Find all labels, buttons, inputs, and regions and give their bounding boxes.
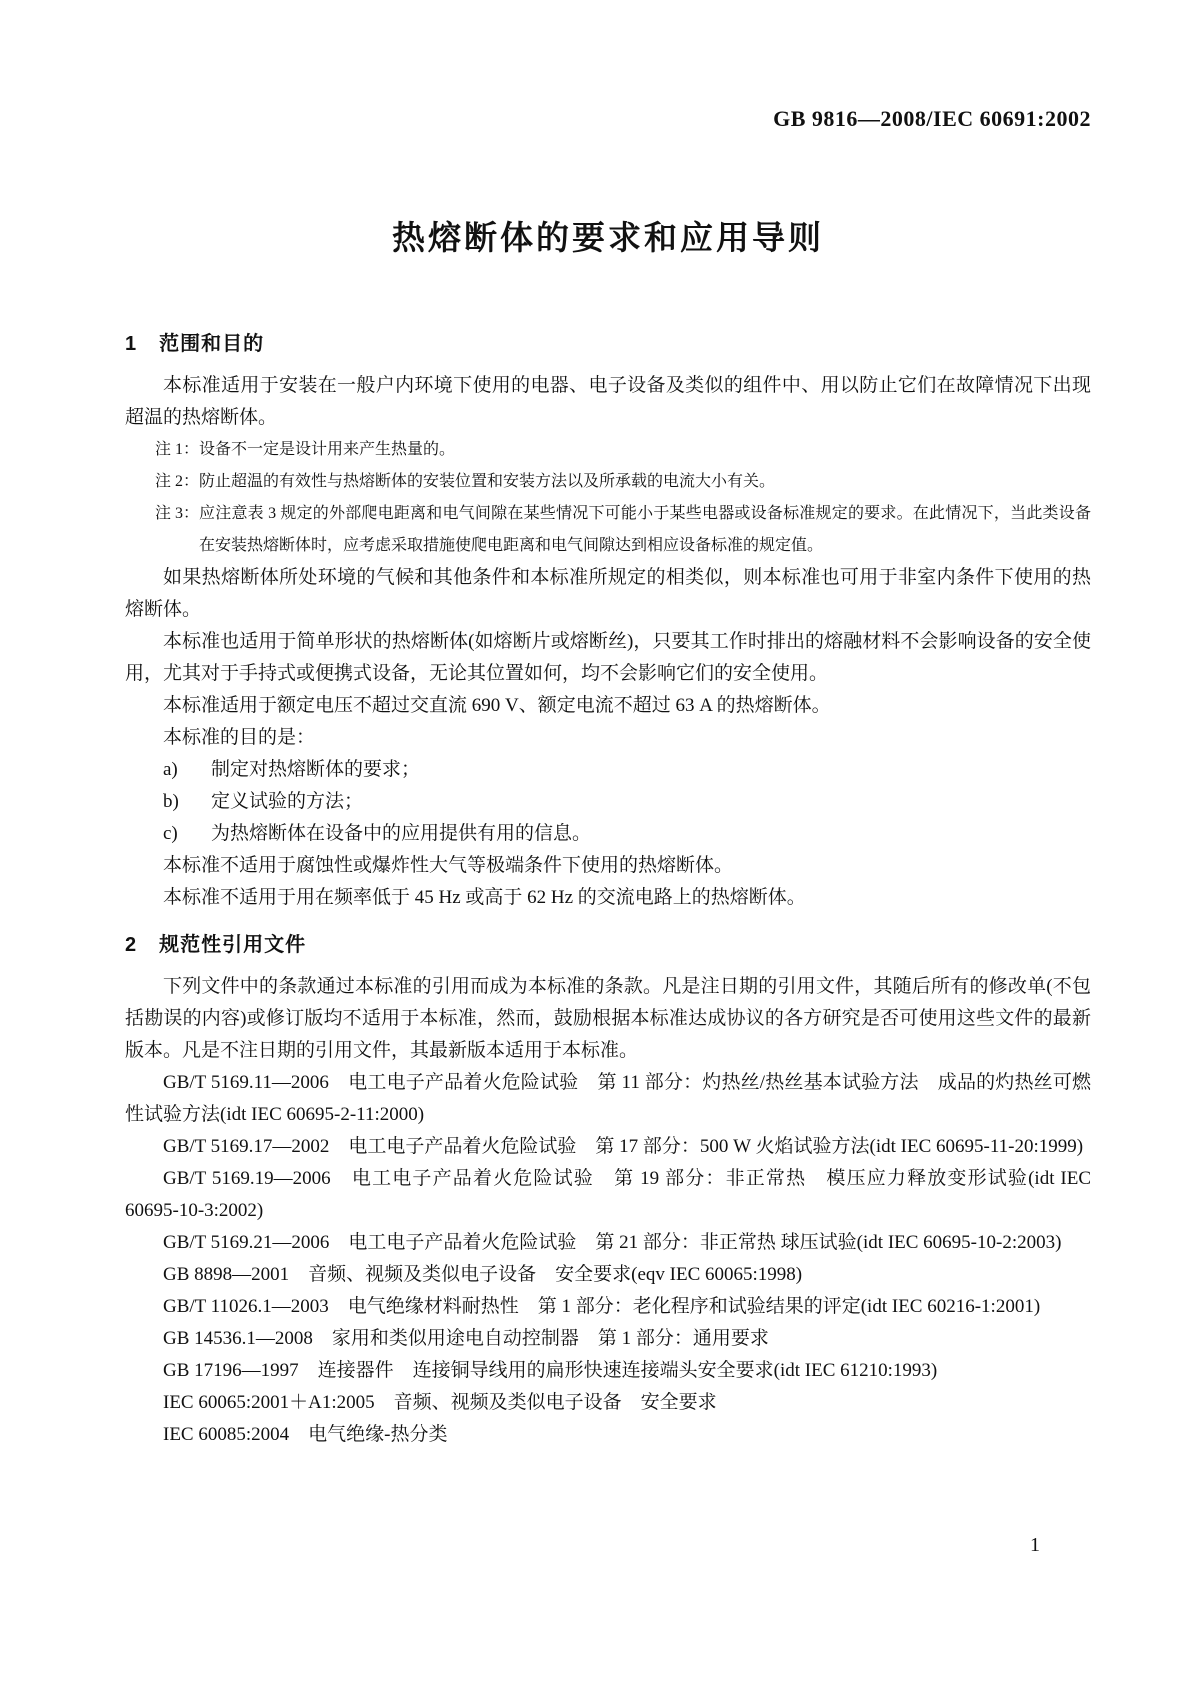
- note-3-label: 注 3：: [155, 498, 199, 562]
- purpose-item-a-label: a): [163, 754, 211, 786]
- purpose-item-a: a) 制定对热熔断体的要求；: [163, 754, 1091, 786]
- note-2-text: 防止超温的有效性与热熔断体的安装位置和安装方法以及所承载的电流大小有关。: [199, 466, 1091, 498]
- paragraph-rating: 本标准适用于额定电压不超过交直流 690 V、额定电流不超过 63 A 的热熔断…: [125, 690, 1091, 722]
- standard-document-page: GB 9816—2008/IEC 60691:2002 热熔断体的要求和应用导则…: [0, 0, 1191, 1684]
- section-2-body: 下列文件中的条款通过本标准的引用而成为本标准的条款。凡是注日期的引用文件，其随后…: [125, 971, 1091, 1451]
- note-3-text: 应注意表 3 规定的外部爬电距离和电气间隙在某些情况下可能小于某些电器或设备标准…: [199, 498, 1091, 562]
- reference-item: IEC 60085:2004 电气绝缘-热分类: [125, 1419, 1091, 1451]
- reference-item: GB/T 11026.1—2003 电气绝缘材料耐热性 第 1 部分：老化程序和…: [125, 1291, 1091, 1323]
- section-1-title: 范围和目的: [159, 327, 264, 356]
- purpose-item-c-label: c): [163, 818, 211, 850]
- reference-item: GB 8898—2001 音频、视频及类似电子设备 安全要求(eqv IEC 6…: [125, 1259, 1091, 1291]
- reference-item: GB 17196—1997 连接器件 连接铜导线用的扁形快速连接端头安全要求(i…: [125, 1355, 1091, 1387]
- note-1-label: 注 1：: [155, 434, 199, 466]
- reference-item: GB/T 5169.17—2002 电工电子产品着火危险试验 第 17 部分：5…: [125, 1131, 1091, 1163]
- purpose-item-b: b) 定义试验的方法；: [163, 786, 1091, 818]
- reference-item: GB/T 5169.21—2006 电工电子产品着火危险试验 第 21 部分：非…: [125, 1227, 1091, 1259]
- reference-item: GB/T 5169.11—2006 电工电子产品着火危险试验 第 11 部分：灼…: [125, 1067, 1091, 1131]
- document-title: 热熔断体的要求和应用导则: [125, 212, 1091, 259]
- purpose-item-c: c) 为热熔断体在设备中的应用提供有用的信息。: [163, 818, 1091, 850]
- note-2-label: 注 2：: [155, 466, 199, 498]
- paragraph-references-intro: 下列文件中的条款通过本标准的引用而成为本标准的条款。凡是注日期的引用文件，其随后…: [125, 971, 1091, 1067]
- page-content: GB 9816—2008/IEC 60691:2002 热熔断体的要求和应用导则…: [125, 0, 1091, 1451]
- paragraph-climate: 如果热熔断体所处环境的气候和其他条件和本标准所规定的相类似，则本标准也可用于非室…: [125, 562, 1091, 626]
- note-3: 注 3： 应注意表 3 规定的外部爬电距离和电气间隙在某些情况下可能小于某些电器…: [155, 498, 1091, 562]
- section-1-number: 1: [125, 333, 137, 356]
- purpose-item-c-text: 为热熔断体在设备中的应用提供有用的信息。: [211, 818, 1091, 850]
- purpose-item-b-label: b): [163, 786, 211, 818]
- page-number: 1: [1030, 1534, 1040, 1557]
- paragraph-exclusion-frequency: 本标准不适用于用在频率低于 45 Hz 或高于 62 Hz 的交流电路上的热熔断…: [125, 882, 1091, 914]
- standard-code-header: GB 9816—2008/IEC 60691:2002: [125, 0, 1091, 132]
- section-2-heading: 2 规范性引用文件: [125, 928, 1091, 957]
- purpose-item-a-text: 制定对热熔断体的要求；: [211, 754, 1091, 786]
- section-2-title: 规范性引用文件: [159, 928, 306, 957]
- paragraph-scope: 本标准适用于安装在一般户内环境下使用的电器、电子设备及类似的组件中、用以防止它们…: [125, 370, 1091, 434]
- section-1-body: 本标准适用于安装在一般户内环境下使用的电器、电子设备及类似的组件中、用以防止它们…: [125, 370, 1091, 914]
- purpose-item-b-text: 定义试验的方法；: [211, 786, 1091, 818]
- note-2: 注 2： 防止超温的有效性与热熔断体的安装位置和安装方法以及所承载的电流大小有关…: [155, 466, 1091, 498]
- note-1: 注 1： 设备不一定是设计用来产生热量的。: [155, 434, 1091, 466]
- reference-item: GB/T 5169.19—2006 电工电子产品着火危险试验 第 19 部分：非…: [125, 1163, 1091, 1227]
- reference-item: IEC 60065:2001＋A1:2005 音频、视频及类似电子设备 安全要求: [125, 1387, 1091, 1419]
- paragraph-simple-shapes: 本标准也适用于简单形状的热熔断体(如熔断片或熔断丝)，只要其工作时排出的熔融材料…: [125, 626, 1091, 690]
- reference-item: GB 14536.1—2008 家用和类似用途电自动控制器 第 1 部分：通用要…: [125, 1323, 1091, 1355]
- section-1-heading: 1 范围和目的: [125, 327, 1091, 356]
- paragraph-exclusion-atmosphere: 本标准不适用于腐蚀性或爆炸性大气等极端条件下使用的热熔断体。: [125, 850, 1091, 882]
- note-1-text: 设备不一定是设计用来产生热量的。: [199, 434, 1091, 466]
- paragraph-purpose-intro: 本标准的目的是：: [125, 722, 1091, 754]
- section-2-number: 2: [125, 934, 137, 957]
